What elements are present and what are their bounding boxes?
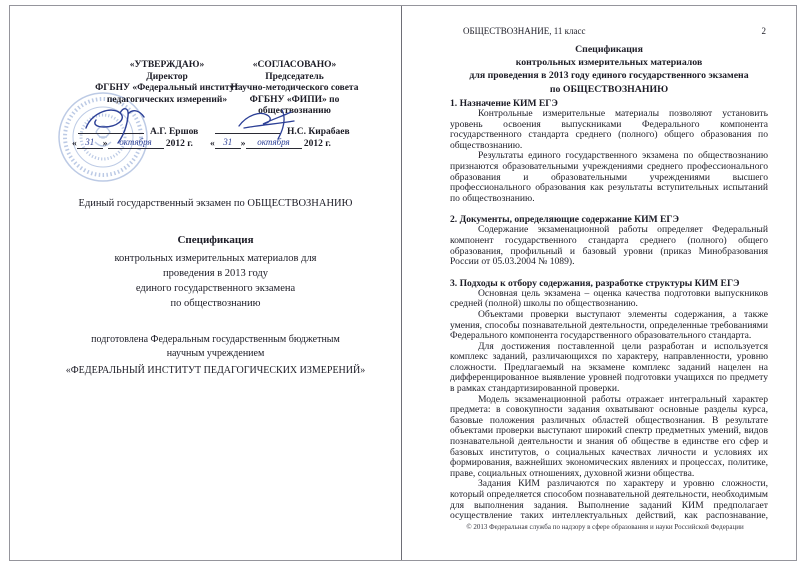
spec-subtitle: контрольных измерительных материалов для… xyxy=(32,251,399,311)
paragraph: Задания КИМ различаются по характеру и у… xyxy=(450,479,768,522)
agree-org-line2: ФГБНУ «ФИПИ» по xyxy=(202,95,387,107)
document-title-line-3: для проведения в 2013 году единого госуд… xyxy=(450,69,768,82)
paragraph: Результаты единого государственного экза… xyxy=(450,151,768,204)
exam-title: Единый государственный экзамен по ОБЩЕСТ… xyxy=(32,198,399,209)
running-header-course: ОБЩЕСТВОЗНАНИЕ, 11 класс xyxy=(463,26,586,36)
paragraph: Контрольные измерительные материалы позв… xyxy=(450,109,768,151)
agree-date-year: 2012 г. xyxy=(304,139,331,149)
paragraph: Объектами проверки выступают элементы со… xyxy=(450,310,768,342)
document-title: Спецификация контрольных измерительных м… xyxy=(450,43,768,96)
page-2: ОБЩЕСТВОЗНАНИЕ, 11 класс 2 Спецификация … xyxy=(402,6,796,560)
organization-name: «ФЕДЕРАЛЬНЫЙ ИНСТИТУТ ПЕДАГОГИЧЕСКИХ ИЗМ… xyxy=(32,365,399,376)
approve-name: А.Г. Ершов xyxy=(150,127,198,137)
body-text: 1. Назначение КИМ ЕГЭ Контрольные измери… xyxy=(450,98,768,522)
two-page-spread: «УТВЕРЖДАЮ» Директор ФГБНУ «Федеральный … xyxy=(9,5,797,561)
spec-line-4: по обществознанию xyxy=(32,296,399,311)
prepared-by: подготовлена Федеральным государственным… xyxy=(32,333,399,361)
signature-ershov-icon xyxy=(82,104,148,144)
signature-kirabaev-icon xyxy=(236,106,300,140)
paragraph: Содержание экзаменационной работы опреде… xyxy=(450,225,768,267)
document-title-line-1: Спецификация xyxy=(450,43,768,56)
copyright-footer: © 2013 Федеральная служба по надзору в с… xyxy=(442,523,768,531)
paragraph: Основная цель экзамена – оценка качества… xyxy=(450,289,768,310)
paragraph: Модель экзаменационной работы отражает и… xyxy=(450,395,768,480)
agree-role: Председатель xyxy=(202,72,387,84)
page-title-sheet: «УТВЕРЖДАЮ» Директор ФГБНУ «Федеральный … xyxy=(10,6,402,560)
document-viewer: «УТВЕРЖДАЮ» Директор ФГБНУ «Федеральный … xyxy=(0,0,800,566)
agree-title: «СОГЛАСОВАНО» xyxy=(202,60,387,72)
spec-line-3: единого государственного экзамена xyxy=(32,281,399,296)
document-title-line-2: контрольных измерительных материалов xyxy=(450,56,768,69)
spec-line-1: контрольных измерительных материалов для xyxy=(32,251,399,266)
page-number: 2 xyxy=(762,26,767,36)
prepared-line-2: научным учреждением xyxy=(32,347,399,361)
document-title-line-4: по ОБЩЕСТВОЗНАНИЮ xyxy=(450,83,768,96)
spec-title: Спецификация xyxy=(32,234,399,246)
prepared-line-1: подготовлена Федеральным государственным… xyxy=(32,333,399,347)
agree-date-day: 31 xyxy=(223,137,232,147)
spec-line-2: проведения в 2013 году xyxy=(32,266,399,281)
paragraph: Для достижения поставленной цели разрабо… xyxy=(450,342,768,395)
agree-org-line1: Научно-методического совета xyxy=(202,83,387,95)
approve-date-year: 2012 г. xyxy=(166,139,193,149)
